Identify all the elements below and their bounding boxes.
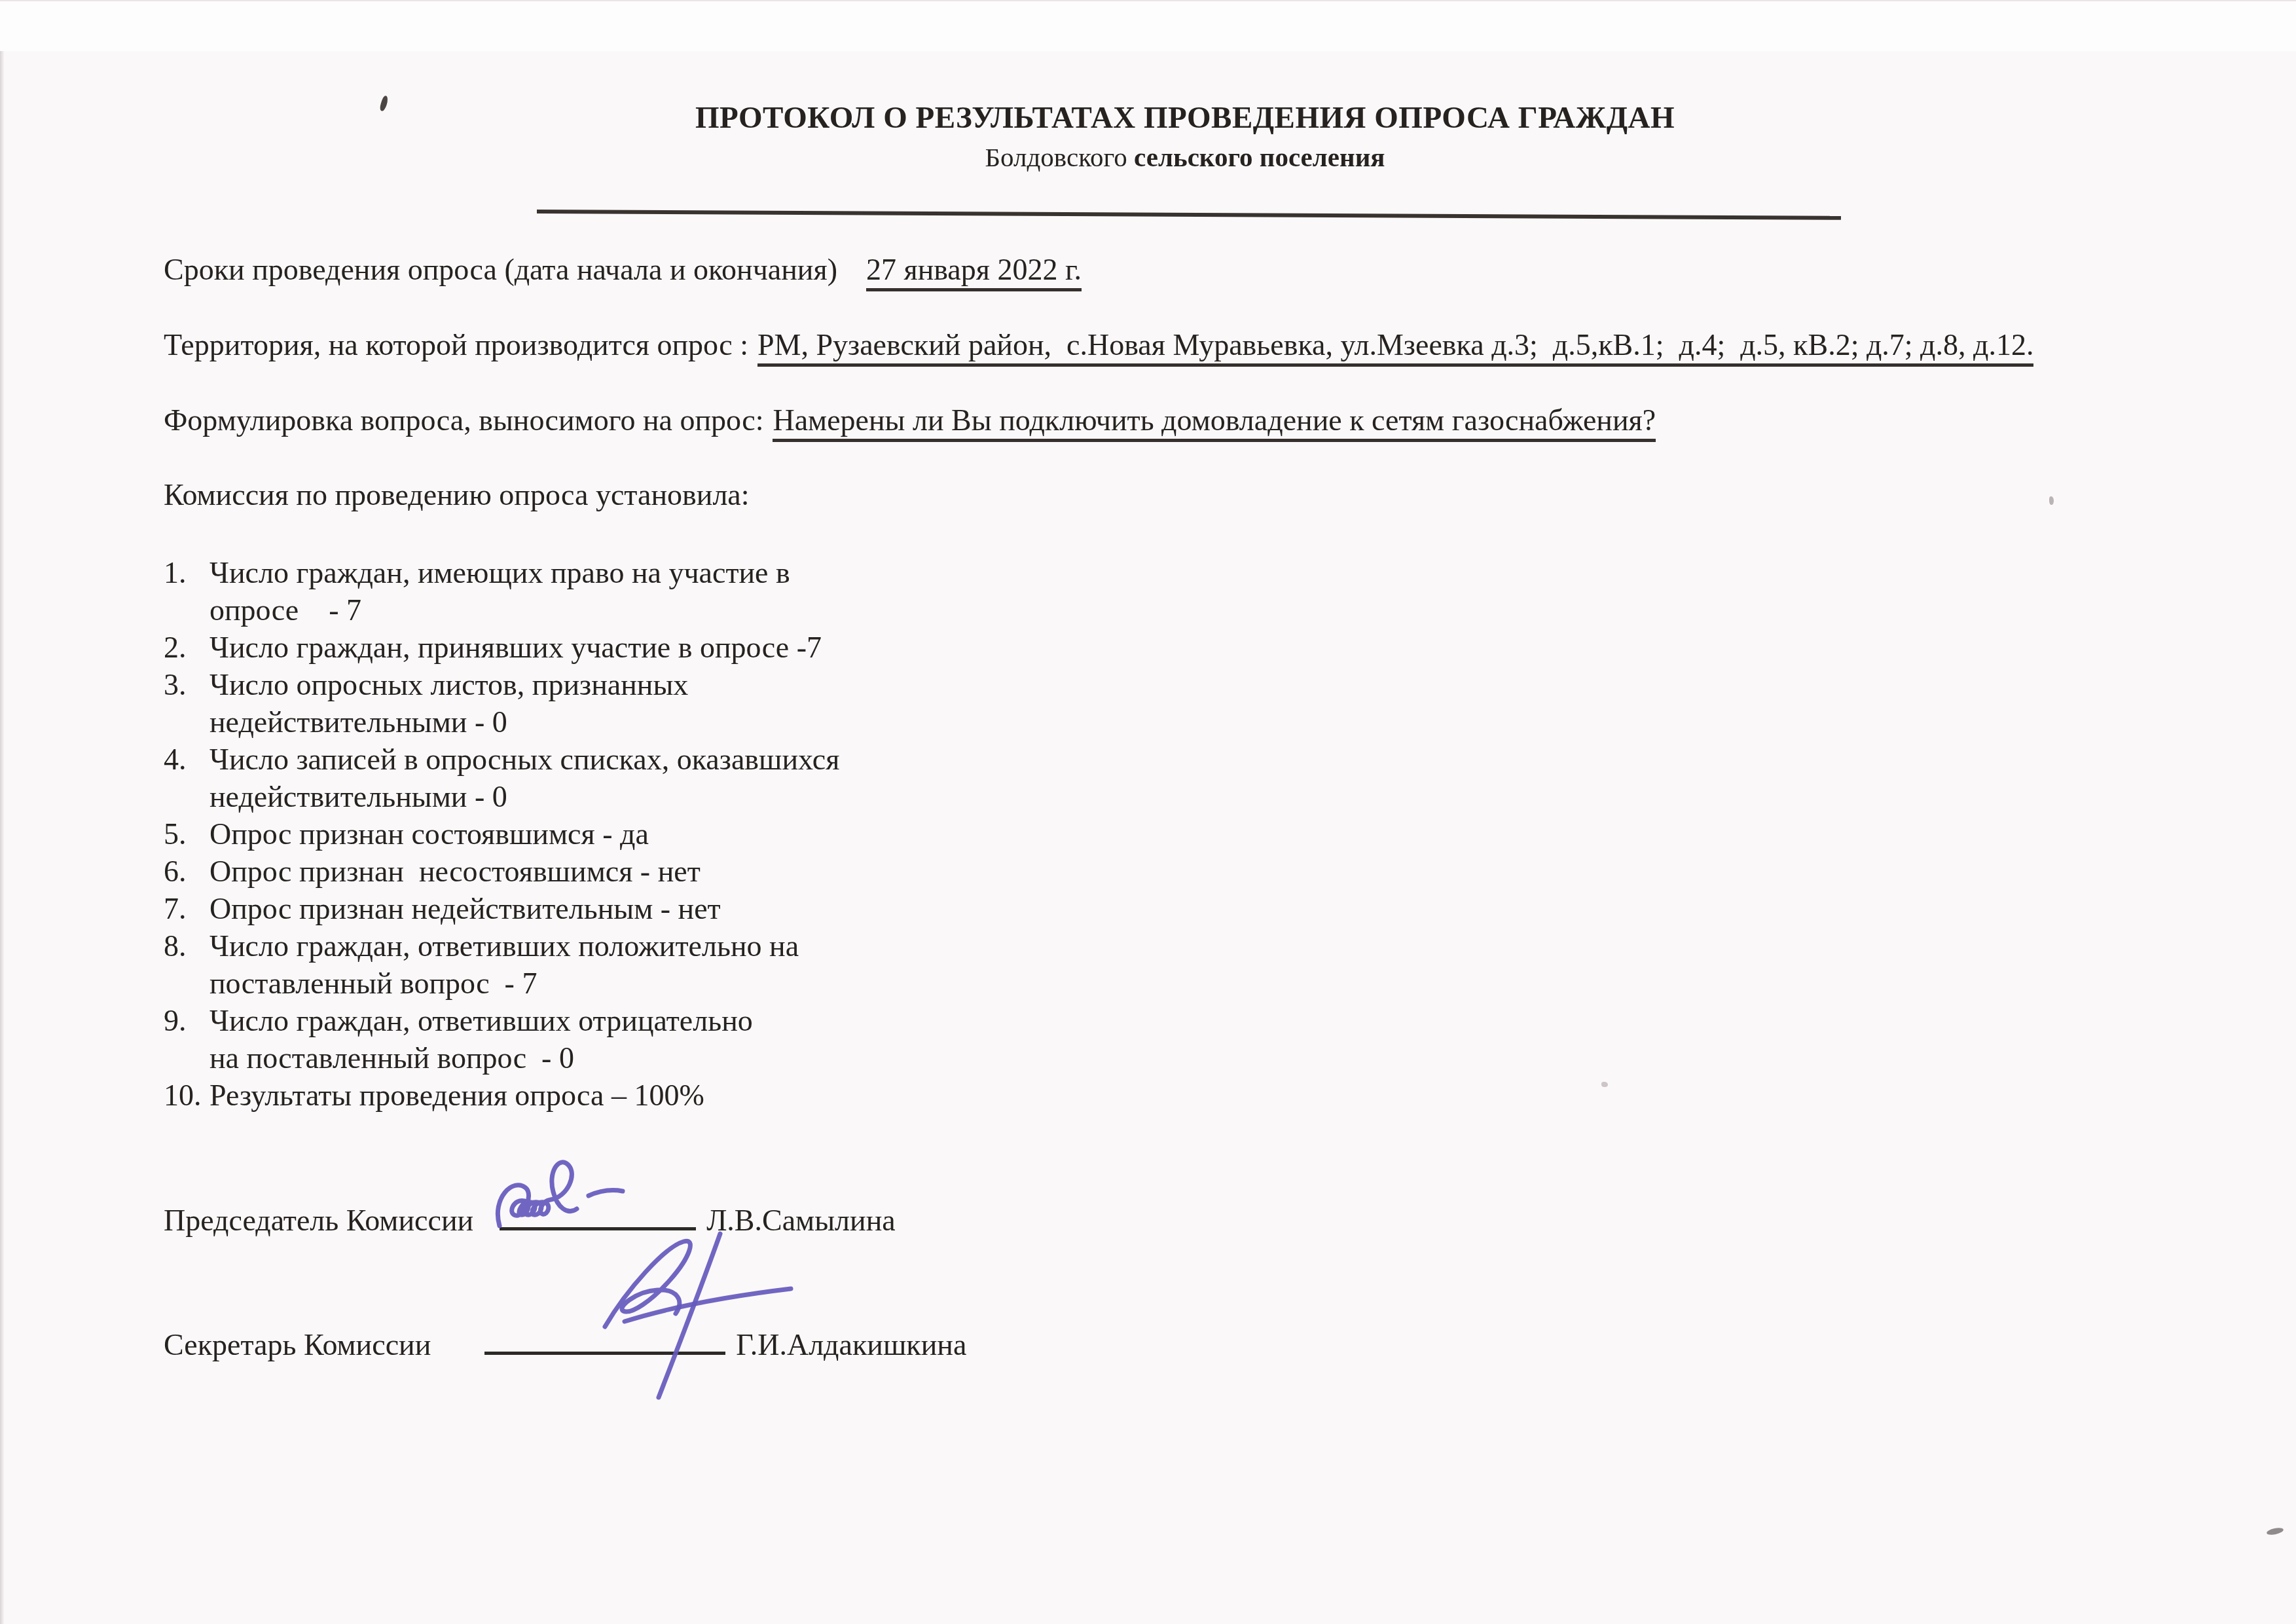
secretary-role-label: Секретарь Комиссии xyxy=(164,1328,431,1361)
finding-item: 1. Число граждан, имеющих право на участ… xyxy=(164,554,982,629)
secretary-signature-line xyxy=(484,1318,725,1355)
field-territory-value: РМ, Рузаевский район, с.Новая Муравьевка… xyxy=(757,328,2034,367)
scan-artifact xyxy=(2266,1526,2284,1536)
finding-text: Опрос признан состоявшимся - да xyxy=(210,815,982,853)
finding-number: 2. xyxy=(164,629,210,666)
finding-line: Число граждан, имеющих право на участие … xyxy=(210,554,982,591)
document-subtitle: Болдовского сельского поселения xyxy=(79,140,2291,175)
finding-text: Число опросных листов, признанныхнедейст… xyxy=(210,666,982,741)
finding-line: Число граждан, принявших участие в опрос… xyxy=(210,629,982,666)
scan-left-edge xyxy=(0,0,4,1624)
finding-number: 1. xyxy=(164,554,210,591)
scan-artifact xyxy=(1601,1082,1608,1087)
subtitle-settlement: Болдовского xyxy=(985,142,1127,172)
finding-text: Число граждан, ответивших отрицательнона… xyxy=(210,1002,982,1077)
commission-statement: Комиссия по проведению опроса установила… xyxy=(164,477,750,512)
finding-line: Число опросных листов, признанных xyxy=(210,666,982,703)
finding-line: Результаты проведения опроса – 100% xyxy=(210,1077,982,1114)
finding-text: Результаты проведения опроса – 100% xyxy=(210,1077,982,1114)
finding-number: 5. xyxy=(164,815,210,853)
scan-artifact xyxy=(2049,496,2054,505)
finding-text: Число записей в опросных списках, оказав… xyxy=(210,741,982,815)
finding-number: 9. xyxy=(164,1002,210,1039)
subtitle-settlement-type: сельского поселения xyxy=(1134,142,1385,172)
finding-text: Число граждан, ответивших положительно н… xyxy=(210,927,982,1002)
finding-item: 5. Опрос признан состоявшимся - да xyxy=(164,815,982,853)
field-question: Формулировка вопроса, выносимого на опро… xyxy=(164,402,1656,438)
field-survey-dates: Сроки проведения опроса (дата начала и о… xyxy=(164,251,1082,287)
field-survey-dates-value: 27 января 2022 г. xyxy=(866,253,1082,291)
finding-item: 6. Опрос признан несостоявшимся - нет xyxy=(164,853,982,890)
finding-line: поставленный вопрос - 7 xyxy=(210,965,982,1002)
field-survey-dates-label: Сроки проведения опроса (дата начала и о… xyxy=(164,253,837,286)
finding-text: Число граждан, принявших участие в опрос… xyxy=(210,629,982,666)
scanned-document-page: ПРОТОКОЛ О РЕЗУЛЬТАТАХ ПРОВЕДЕНИЯ ОПРОСА… xyxy=(0,0,2296,1624)
field-territory-label: Территория, на которой производится опро… xyxy=(164,328,748,361)
finding-text: Опрос признан несостоявшимся - нет xyxy=(210,853,982,890)
field-question-value: Намерены ли Вы подключить домовладение к… xyxy=(773,403,1656,442)
scan-bottom-edge xyxy=(0,0,2296,51)
finding-number: 8. xyxy=(164,927,210,965)
finding-number: 10. xyxy=(164,1077,210,1114)
finding-line: Число граждан, ответивших положительно н… xyxy=(210,927,982,965)
secretary-signature-icon xyxy=(581,1228,817,1405)
finding-item: 3. Число опросных листов, признанныхнеде… xyxy=(164,666,982,741)
finding-number: 6. xyxy=(164,853,210,890)
finding-line: Число записей в опросных списках, оказав… xyxy=(210,741,982,778)
finding-line: Опрос признан несостоявшимся - нет xyxy=(210,853,982,890)
field-question-label: Формулировка вопроса, выносимого на опро… xyxy=(164,403,763,437)
finding-item: 2. Число граждан, принявших участие в оп… xyxy=(164,629,982,666)
finding-number: 7. xyxy=(164,890,210,927)
finding-item: 10. Результаты проведения опроса – 100% xyxy=(164,1077,982,1114)
finding-text: Число граждан, имеющих право на участие … xyxy=(210,554,982,629)
finding-line: Опрос признан состоявшимся - да xyxy=(210,815,982,853)
finding-text: Опрос признан недействительным - нет xyxy=(210,890,982,927)
finding-item: 9. Число граждан, ответивших отрицательн… xyxy=(164,1002,982,1077)
findings-list: 1. Число граждан, имеющих право на участ… xyxy=(164,554,982,1114)
finding-item: 8. Число граждан, ответивших положительн… xyxy=(164,927,982,1002)
finding-line: недействительными - 0 xyxy=(210,703,982,741)
finding-line: на поставленный вопрос - 0 xyxy=(210,1039,982,1077)
finding-item: 4. Число записей в опросных списках, ока… xyxy=(164,741,982,815)
finding-number: 4. xyxy=(164,741,210,778)
finding-line: Число граждан, ответивших отрицательно xyxy=(210,1002,982,1039)
finding-number: 3. xyxy=(164,666,210,703)
signature-row-secretary: Секретарь Комиссии Г.И.Алдакишкина xyxy=(164,1318,966,1362)
finding-line: недействительными - 0 xyxy=(210,778,982,815)
chairman-role-label: Председатель Комиссии xyxy=(164,1204,473,1237)
chairman-signature-line xyxy=(500,1193,696,1230)
document-header: ПРОТОКОЛ О РЕЗУЛЬТАТАХ ПРОВЕДЕНИЯ ОПРОСА… xyxy=(79,100,2291,175)
finding-item: 7. Опрос признан недействительным - нет xyxy=(164,890,982,927)
finding-line: Опрос признан недействительным - нет xyxy=(210,890,982,927)
document-title: ПРОТОКОЛ О РЕЗУЛЬТАТАХ ПРОВЕДЕНИЯ ОПРОСА… xyxy=(79,100,2291,136)
finding-line: опросе - 7 xyxy=(210,591,982,629)
header-divider xyxy=(537,210,1841,220)
field-territory: Территория, на которой производится опро… xyxy=(164,327,2033,363)
